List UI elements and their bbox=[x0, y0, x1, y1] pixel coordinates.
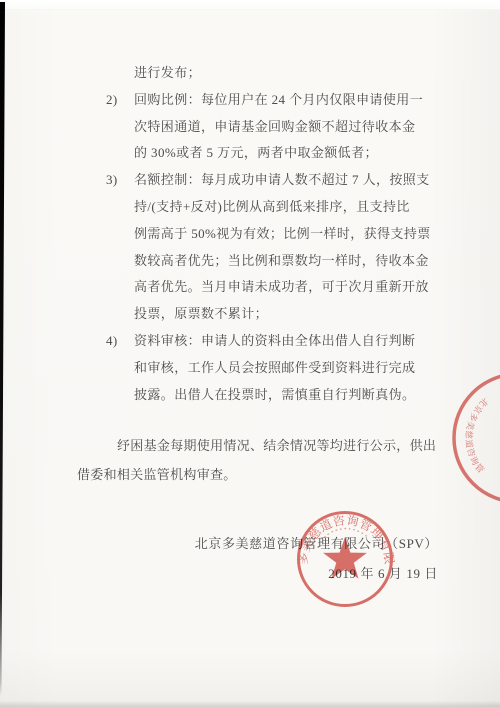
paragraph-line: 披露。出借人在投票时，需慎重自行判断真伪。 bbox=[134, 382, 415, 409]
paragraph-line: 投票，原票数不累计； bbox=[134, 301, 431, 328]
list-item-number: 4) bbox=[106, 328, 134, 408]
list-item-2: 2) 回购比例：每位用户在 24 个月内仅限申请使用一 次特困通道，申请基金回购… bbox=[106, 87, 408, 167]
paragraph-line: 数较高者优先；当比例和票数均一样时，待收本金 bbox=[134, 248, 431, 275]
list-item-3: 3) 名额控制：每月成功申请人数不超过 7 人，按照支 持/(支持+反对)比例从… bbox=[106, 167, 408, 328]
list-item-text: 资料审核：申请人的资料由全体出借人自行判断 和审核，工作人员会按照邮件受到资料进… bbox=[134, 328, 415, 408]
list-item-number: 2) bbox=[106, 87, 134, 167]
scanned-document-page: 进行发布； 2) 回购比例：每位用户在 24 个月内仅限申请使用一 次特困通道，… bbox=[0, 0, 500, 707]
paragraph-line: 进行发布； bbox=[106, 60, 408, 87]
paragraph-line: 和审核，工作人员会按照邮件受到资料进行完成 bbox=[134, 355, 415, 382]
paragraph-line: 纾困基金每期使用情况、结余情况等均进行公示，供出 bbox=[77, 432, 427, 461]
document-body: 进行发布； 2) 回购比例：每位用户在 24 个月内仅限申请使用一 次特困通道，… bbox=[106, 60, 408, 408]
list-item-number: 3) bbox=[106, 167, 134, 328]
scan-left-edge-shadow bbox=[0, 2, 5, 696]
closing-paragraph: 纾困基金每期使用情况、结余情况等均进行公示，供出 借委和相关监管机构审查。 bbox=[77, 432, 427, 489]
paragraph-line: 持/(支持+反对)比例从高到低来排序，且支持比 bbox=[134, 194, 431, 221]
paragraph-line: 回购比例：每位用户在 24 个月内仅限申请使用一 bbox=[134, 87, 423, 114]
paragraph-line: 借委和相关监管机构审查。 bbox=[77, 461, 427, 490]
paragraph-line: 高者优先。当月申请未成功者，可于次月重新开放 bbox=[134, 274, 431, 301]
company-seal-stamp: 北京多美慈道咨询管理有限公司 ************* bbox=[294, 508, 396, 610]
edge-paging-seal-stamp: 北京多美慈道咨询管理有限公司 bbox=[452, 370, 500, 510]
list-item-text: 名额控制：每月成功申请人数不超过 7 人，按照支 持/(支持+反对)比例从高到低… bbox=[134, 167, 431, 328]
scan-bottom-edge bbox=[0, 701, 500, 707]
paragraph-line: 的 30%或者 5 万元，两者中取金额低者； bbox=[134, 140, 423, 167]
paragraph-line: 次特困通道，申请基金回购金额不超过待收本金 bbox=[134, 114, 423, 141]
list-item-text: 回购比例：每位用户在 24 个月内仅限申请使用一 次特困通道，申请基金回购金额不… bbox=[134, 87, 423, 167]
list-item-4: 4) 资料审核：申请人的资料由全体出借人自行判断 和审核，工作人员会按照邮件受到… bbox=[106, 328, 408, 408]
paragraph-line: 资料审核：申请人的资料由全体出借人自行判断 bbox=[134, 328, 415, 355]
paragraph-line: 例需高于 50%视为有效；比例一样时，获得支持票 bbox=[134, 221, 431, 248]
edge-seal-ring bbox=[454, 374, 500, 502]
seal-star-icon bbox=[323, 537, 367, 579]
scan-top-edge bbox=[0, 0, 500, 10]
paragraph-line: 名额控制：每月成功申请人数不超过 7 人，按照支 bbox=[134, 167, 431, 194]
